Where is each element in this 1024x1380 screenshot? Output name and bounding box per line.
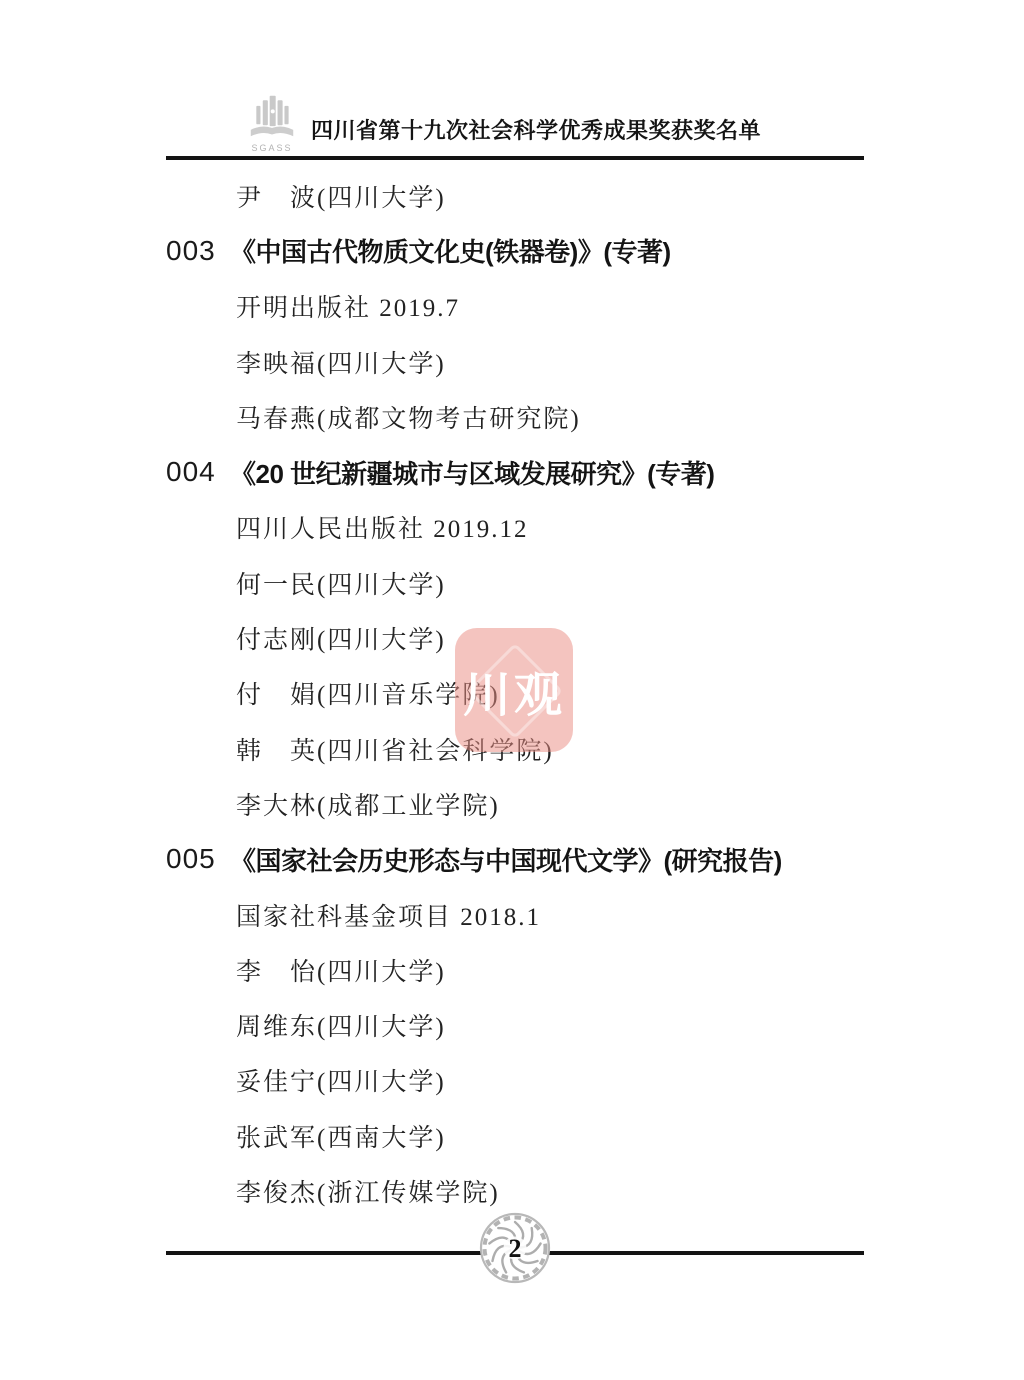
- detail-line: 开明出版社 2019.7: [166, 279, 876, 334]
- entry-number: 004: [166, 456, 230, 488]
- detail-line: 李大林(成都工业学院): [166, 776, 876, 831]
- detail-line: 四川人民出版社 2019.12: [166, 500, 876, 555]
- detail-line: 马春燕(成都文物考古研究院): [166, 389, 876, 444]
- publisher-logo: SGASS: [242, 92, 302, 153]
- detail-text: 何一民(四川大学): [236, 565, 446, 601]
- detail-line: 周维东(四川大学): [166, 997, 876, 1052]
- watermark-badge: 川观: [455, 628, 573, 752]
- detail-text: 妥佳宁(四川大学): [236, 1062, 446, 1098]
- page-number-medallion: 2: [479, 1212, 551, 1284]
- detail-text: 李大林(成都工业学院): [236, 786, 500, 822]
- entry-heading: 003《中国古代物质文化史(铁器卷)》(专著): [166, 223, 876, 278]
- entry-title: 《国家社会历史形态与中国现代文学》(研究报告): [230, 841, 782, 878]
- entry-heading: 004《20 世纪新疆城市与区域发展研究》(专著): [166, 444, 876, 499]
- detail-text: 李映福(四川大学): [236, 344, 446, 380]
- detail-text: 付志刚(四川大学): [236, 620, 446, 656]
- detail-line: 国家社科基金项目 2018.1: [166, 887, 876, 942]
- detail-text: 李 怡(四川大学): [236, 952, 446, 988]
- detail-text: 周维东(四川大学): [236, 1007, 446, 1043]
- entry-title: 《中国古代物质文化史(铁器卷)》(专著): [230, 232, 671, 269]
- detail-text: 张武军(西南大学): [236, 1118, 446, 1154]
- entry-title: 《20 世纪新疆城市与区域发展研究》(专著): [230, 454, 714, 491]
- detail-text: 李俊杰(浙江传媒学院): [236, 1173, 500, 1209]
- detail-line: 张武军(西南大学): [166, 1108, 876, 1163]
- detail-text: 开明出版社 2019.7: [236, 288, 460, 324]
- detail-text: 马春燕(成都文物考古研究院): [236, 399, 581, 435]
- detail-line: 李 怡(四川大学): [166, 942, 876, 997]
- continuation-line: 尹 波(四川大学): [166, 168, 876, 223]
- document-page: SGASS 四川省第十九次社会科学优秀成果奖获奖名单 尹 波(四川大学)003《…: [0, 0, 1024, 1380]
- detail-line: 李映福(四川大学): [166, 334, 876, 389]
- watermark-text: 川观: [463, 656, 565, 725]
- detail-line: 妥佳宁(四川大学): [166, 1053, 876, 1108]
- author-text: 尹 波(四川大学): [236, 178, 446, 214]
- detail-text: 国家社科基金项目 2018.1: [236, 897, 541, 933]
- detail-line: 李俊杰(浙江传媒学院): [166, 1163, 876, 1218]
- logo-caption: SGASS: [242, 143, 302, 153]
- page-number: 2: [509, 1234, 522, 1263]
- entry-number: 005: [166, 843, 230, 875]
- header-rule: [166, 156, 864, 160]
- detail-text: 四川人民出版社 2019.12: [236, 509, 529, 545]
- entry-heading: 005《国家社会历史形态与中国现代文学》(研究报告): [166, 832, 876, 887]
- sunbird-medallion-icon: 2: [479, 1212, 551, 1284]
- sgass-emblem-icon: [244, 92, 300, 140]
- detail-line: 何一民(四川大学): [166, 555, 876, 610]
- entry-number: 003: [166, 235, 230, 267]
- page-title: 四川省第十九次社会科学优秀成果奖获奖名单: [311, 114, 761, 145]
